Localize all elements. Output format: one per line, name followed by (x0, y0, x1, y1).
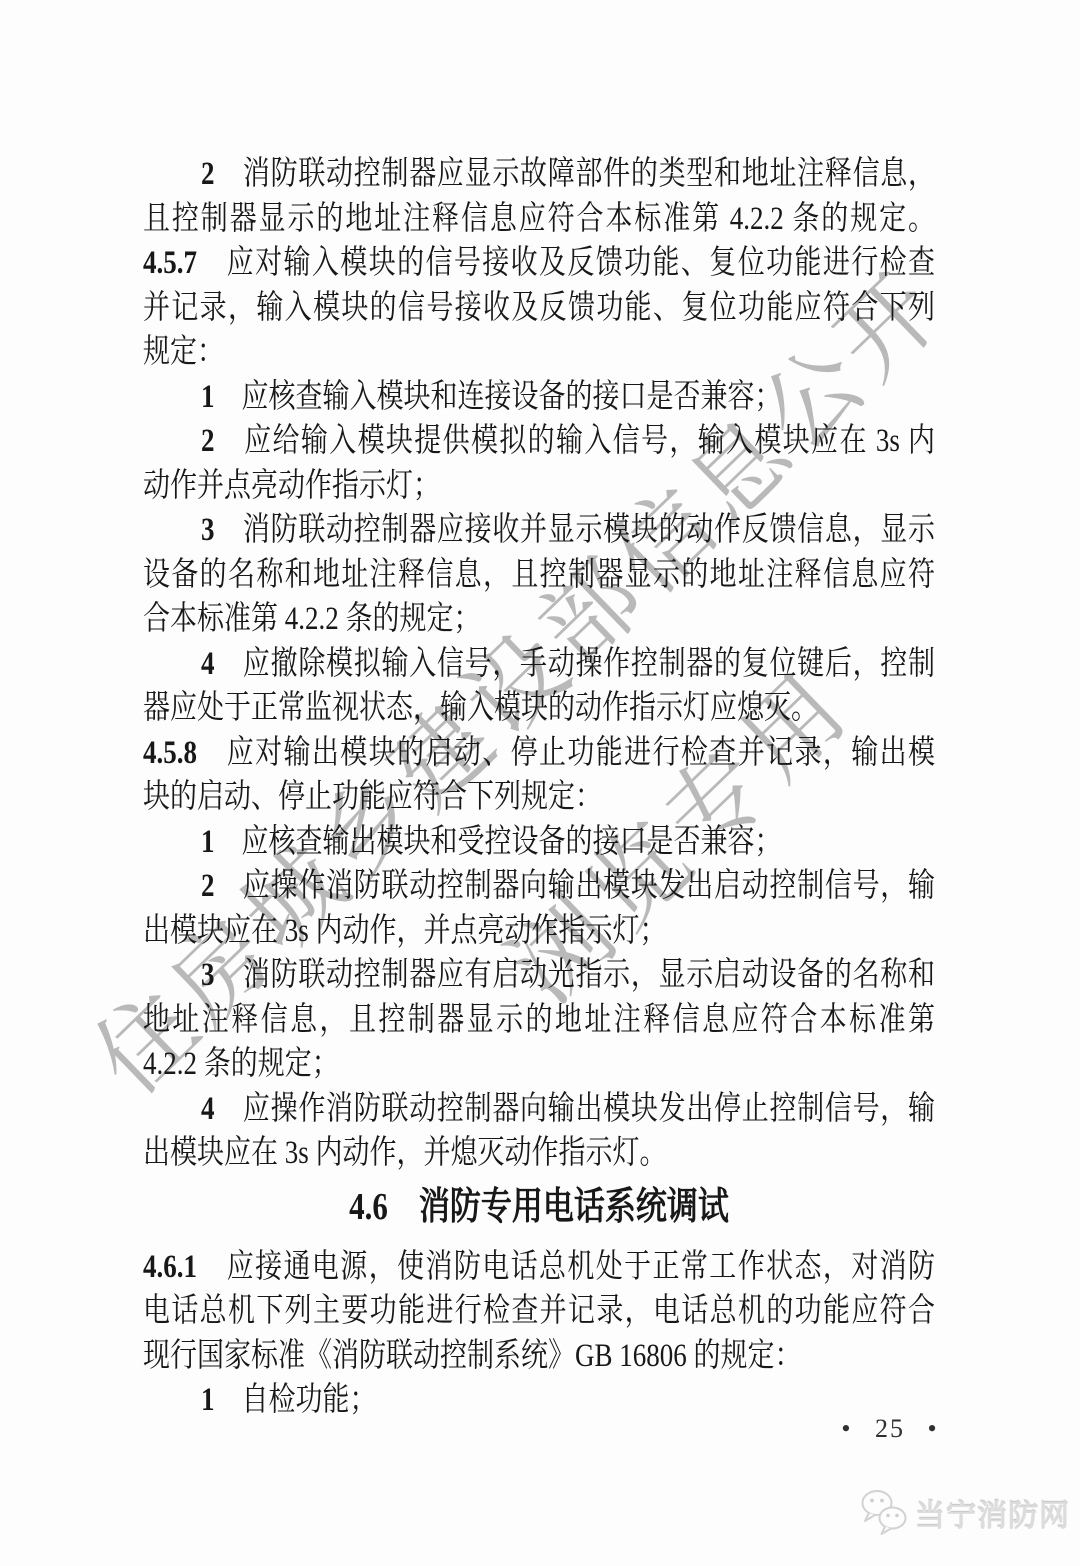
page-container: 住房城乡建设部信息公开 浏览专用 2 消防联动控制器应显示故障部件的类型和地址注… (0, 0, 1080, 1566)
section-heading: 4.6 消防专用电话系统调试 (143, 1175, 935, 1238)
page-number: • 25 • (828, 1414, 952, 1444)
text-line: 出模块应在 3s 内动作，并熄灭动作指示灯。 (143, 1125, 935, 1179)
text-line: 1 自检功能； (143, 1372, 935, 1426)
brand-label: 当宁消防网 (915, 1491, 1070, 1535)
wechat-icon (860, 1488, 908, 1538)
brand-logo: 当宁消防网 (860, 1488, 1070, 1538)
document-body: 2 消防联动控制器应显示故障部件的类型和地址注释信息，且控制器显示的地址注释信息… (143, 151, 935, 1422)
